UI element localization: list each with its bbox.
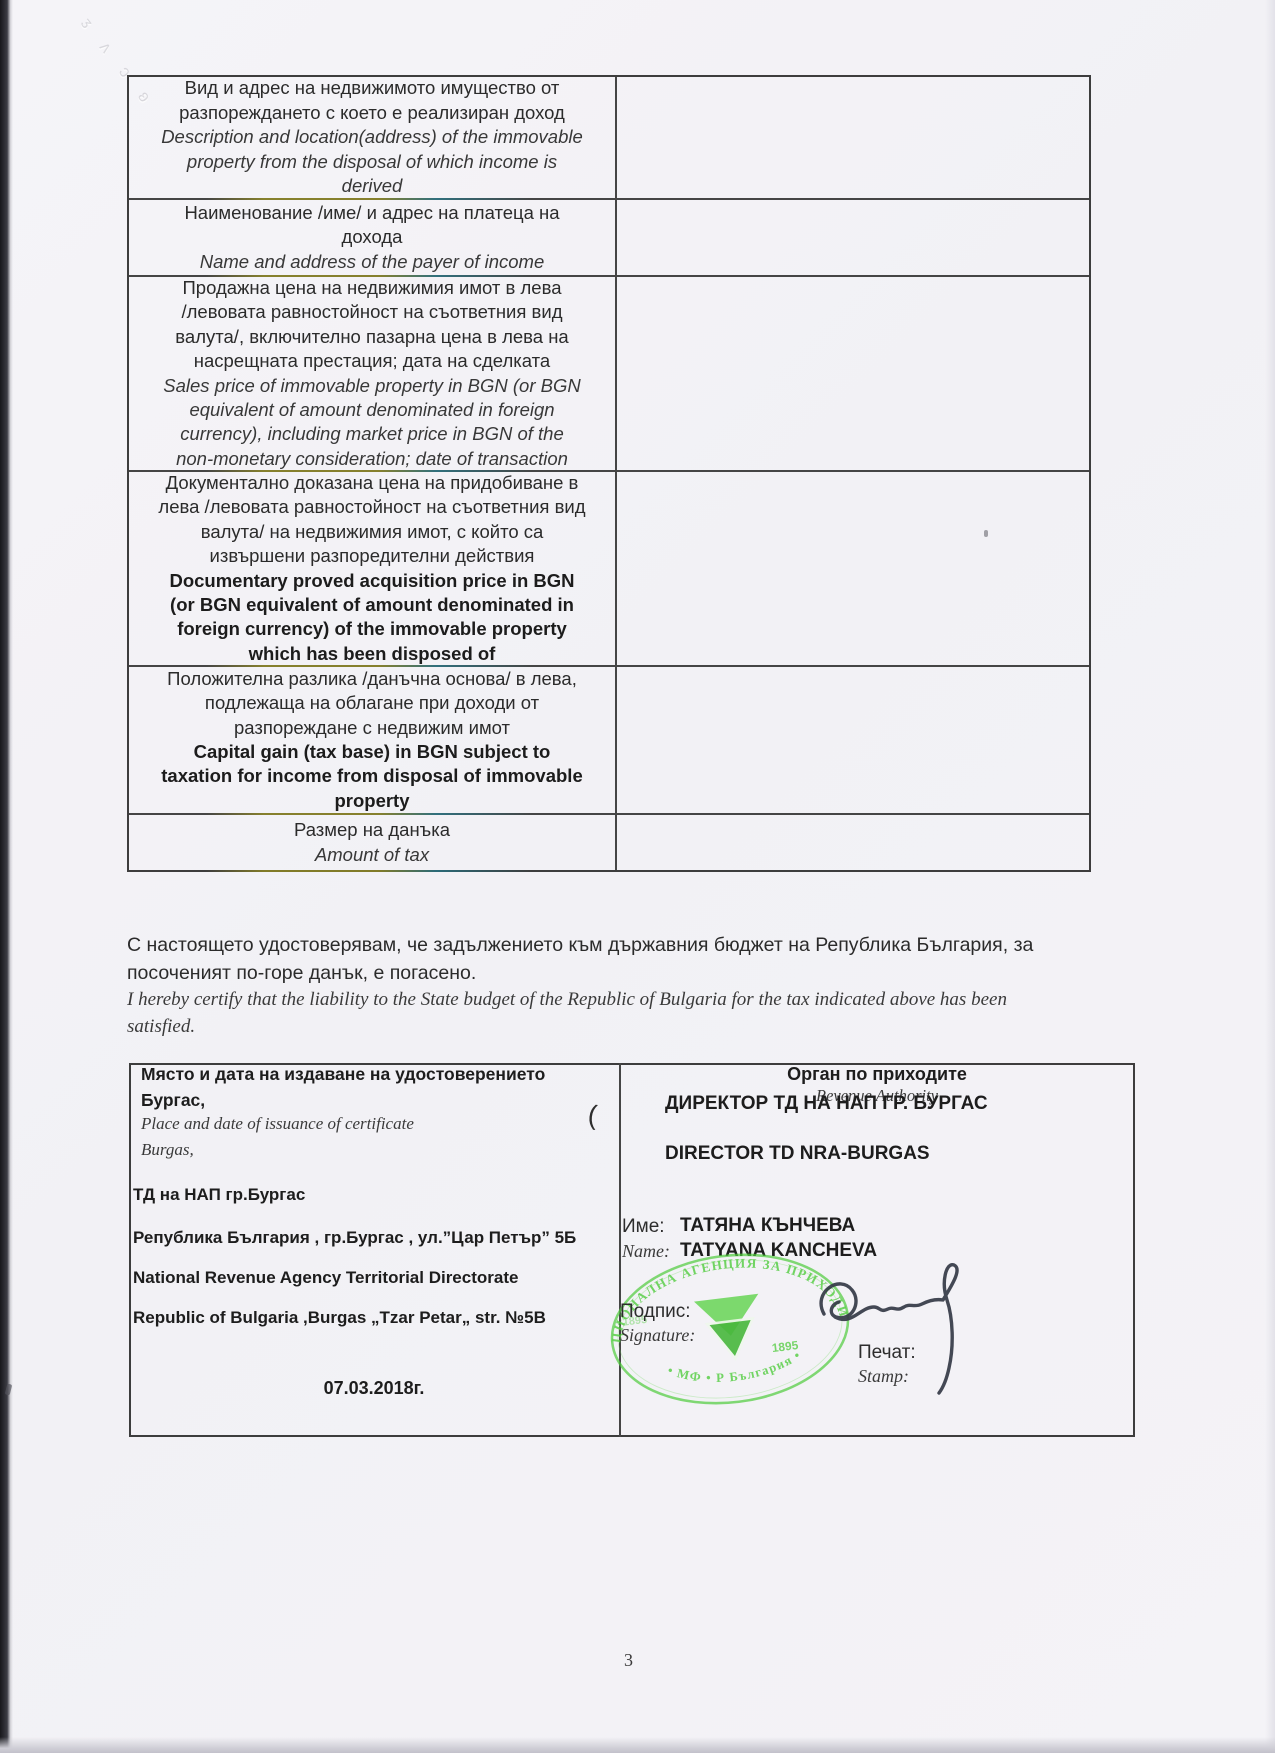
row-label-en: Capital gain (tax base) in BGN subject t… [133,740,611,813]
name-label-bg: Име: [622,1216,665,1238]
row-label-en: Amount of tax [133,843,611,867]
issuance-office-bg: ТД на НАП гр.Бургас [133,1185,305,1205]
stamp-logo-triangle-lower [707,1318,757,1361]
issuance-title-bg: Място и дата на издаване на удостоверени… [141,1064,545,1085]
table-row-tax-amount: Размер на данъка Amount of tax [129,815,1089,870]
issuance-city-bg: Бургас, [141,1090,205,1111]
issuance-date: 07.03.2018г. [129,1378,619,1399]
issuance-office-en: National Revenue Agency Territorial Dire… [133,1268,518,1288]
row-label-bg: Вид и адрес на недвижимото имущество от … [133,77,611,125]
row-label-bg: Положителна разлика /данъчна основа/ в л… [133,667,611,740]
table-row-payer-name: Наименование /име/ и адрес на платеца на… [129,200,1089,277]
scan-edge-bottom [0,1737,1275,1753]
income-details-table: Вид и адрес на недвижимото имущество от … [127,75,1091,872]
page-number: 3 [624,1650,633,1671]
signature-label-bg: Подпис: [620,1301,691,1323]
stamp-label-en: Stamp: [858,1366,909,1387]
authority-header-bg: Орган по приходите [619,1064,1135,1085]
row-label-en: Description and location(address) of the… [133,125,611,198]
issuance-title-en: Place and date of issuance of certificat… [141,1114,414,1134]
row-label-en: Name and address of the payer of income [133,250,611,274]
table-row-capital-gain: Положителна разлика /данъчна основа/ в л… [129,667,1089,815]
row-label-bg: Документално доказана цена на придобиван… [133,472,611,569]
value-cell [617,77,1089,198]
row-label-bg: Продажна цена на недвижимия имот в лева … [133,277,611,374]
name-value-bg: ТАТЯНА КЪНЧЕВА [680,1215,855,1237]
table-row-property-description: Вид и адрес на недвижимото имущество от … [129,77,1089,200]
authority-director-en: DIRECTOR TD NRA-BURGAS [665,1143,930,1165]
issuance-address-en: Republic of Bulgaria ,Burgas „Tzar Petar… [133,1308,546,1328]
value-cell [617,667,1089,813]
table-row-acquisition-price: Документално доказана цена на придобиван… [129,472,1089,667]
value-cell [617,815,1089,870]
row-label-en: Documentary proved acquisition price in … [133,569,611,666]
row-label-en: Sales price of immovable property in BGN… [133,374,611,471]
authority-director-bg: ДИРЕКТОР ТД НА НАП ГР. БУРГАС [665,1093,988,1115]
issuance-city-en: Burgas, [141,1140,194,1160]
issuance-address-bg: Република България , гр.Бургас , ул.”Цар… [133,1228,576,1248]
row-label-bg: Размер на данъка [133,818,611,842]
table-row-sales-price: Продажна цена на недвижимия имот в лева … [129,277,1089,472]
scanned-certificate-page: ᴣ ᴧ ɔ ʚ Вид и адрес на недвижимото имуще… [0,0,1275,1753]
scan-edge-right [1265,0,1275,1753]
certification-statement-bg: С настоящето удостоверявам, че задължени… [127,931,1137,987]
row-label-bg: Наименование /име/ и адрес на платеца на… [133,201,611,250]
value-cell [617,200,1089,275]
value-cell [617,472,1089,665]
signature-label-en: Signature: [620,1325,695,1346]
value-cell [617,277,1089,470]
certification-statement-en: I hereby certify that the liability to t… [127,986,1137,1040]
stamp-label-bg: Печат: [858,1342,916,1364]
scan-edge-left [0,0,13,1753]
